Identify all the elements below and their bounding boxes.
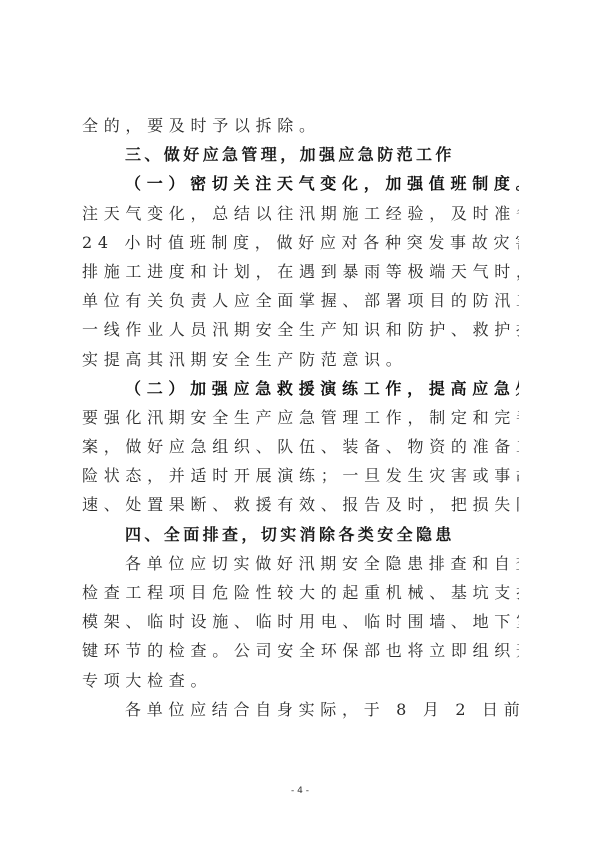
text-line: 案，做好应急组织、队伍、装备、物资的准备工作，始终保持临: [82, 432, 519, 461]
text-line: 模架、临时设施、临时用电、临时围墙、地下室等重点部位和关: [82, 607, 519, 636]
text-line: 专项大检查。: [82, 666, 519, 695]
text-line: 险状态，并适时开展演练；一旦发生灾害或事故，要做好反应迅: [82, 461, 519, 490]
text-line: 检查工程项目危险性较大的起重机械、基坑支护、脚手架、高支: [82, 578, 519, 607]
text-line: 24 小时值班制度，做好应对各种突发事故灾害的准备。合理安: [82, 228, 519, 257]
text-line: 速、处置果断、救援有效、报告及时，把损失降到最低。: [82, 490, 519, 519]
text-line: 注天气变化，总结以往汛期施工经验，及时准备应急物资，制定: [82, 199, 519, 228]
section-heading-3: 三、做好应急管理，加强应急防范工作: [82, 140, 519, 169]
text-line: 实提高其汛期安全生产防范意识。: [82, 345, 519, 374]
paragraph-start: 各单位应切实做好汛期安全隐患排查和自查自纠工作，重点: [82, 549, 519, 578]
text-line: 一线作业人员汛期安全生产知识和防护、救护技能的培训教育，切: [82, 315, 519, 344]
subsection-1-line: （一）密切关注天气变化，加强值班制度。各单位要密切关: [82, 169, 519, 198]
subsection-2-line: （二）加强应急救援演练工作，提高应急处置能力。各单位: [82, 374, 519, 403]
text-line: 键环节的检查。公司安全环保部也将立即组织开展汛期安全生产: [82, 636, 519, 665]
paragraph-start: 各单位应结合自身实际，于 8 月 2 日前按照责任单位归口管: [82, 695, 519, 724]
document-body: 全的，要及时予以拆除。 三、做好应急管理，加强应急防范工作 （一）密切关注天气变…: [82, 111, 519, 724]
subsection-heading-1: （一）密切关注天气变化，加强值班制度。: [125, 174, 519, 193]
text-line: 单位有关负责人应全面掌握、部署项目的防汛工作，及时加强对: [82, 286, 519, 315]
text-line: 排施工进度和计划，在遇到暴雨等极端天气时，应停止施工。各: [82, 257, 519, 286]
subsection-heading-2: （二）加强应急救援演练工作，提高应急处置能力。: [125, 379, 519, 398]
page-number: - 4 -: [0, 786, 600, 796]
section-heading-4: 四、全面排查，切实消除各类安全隐患: [82, 520, 519, 549]
text-line: 要强化汛期安全生产应急管理工作，制定和完善各项应急救援预: [82, 403, 519, 432]
text-line: 全的，要及时予以拆除。: [82, 111, 519, 140]
